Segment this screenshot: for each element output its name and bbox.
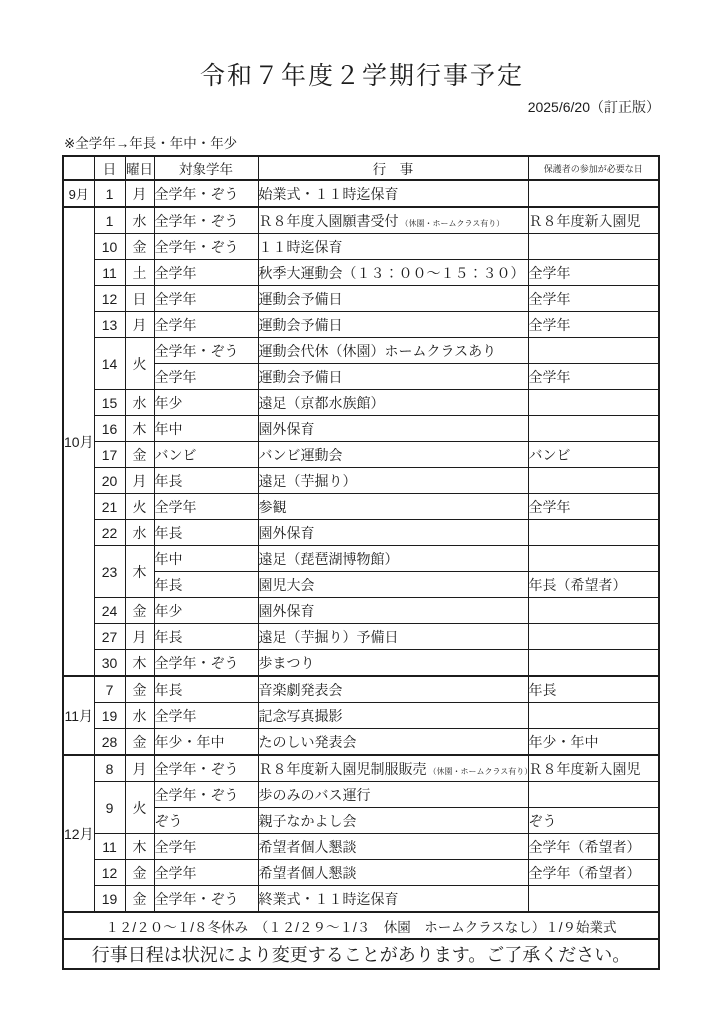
event-cell: 園児大会 (258, 572, 528, 598)
event-cell: たのしい発表会 (258, 729, 528, 756)
parent-participation-cell (528, 234, 659, 260)
event-cell: 歩まつり (258, 650, 528, 677)
event-text: 園児大会 (259, 577, 315, 593)
day-cell: 14 (94, 338, 125, 390)
grade-legend: ※全学年→年長・年中・年少 (64, 132, 724, 152)
grade-cell: 年長 (154, 468, 258, 494)
day-cell: 8 (94, 755, 125, 782)
event-note: （休園・ホームクラス有り） (429, 767, 529, 776)
event-cell: 希望者個人懇談 (258, 834, 528, 860)
table-row: 27月年長遠足（芋掘り）予備日 (63, 624, 659, 650)
parent-participation-cell (528, 390, 659, 416)
day-cell: 22 (94, 520, 125, 546)
event-cell: 遠足（芋掘り）予備日 (258, 624, 528, 650)
table-row: 12金全学年希望者個人懇談全学年（希望者） (63, 860, 659, 886)
grade-cell: 年長 (154, 520, 258, 546)
event-text: 遠足（琵琶湖博物館） (259, 551, 399, 567)
grade-cell: 全学年 (154, 364, 258, 390)
day-cell: 17 (94, 442, 125, 468)
event-cell: 歩のみのバス運行 (258, 782, 528, 808)
winter-break-row: １２/２０～１/８冬休み （１２/２９～１/３ 休園 ホームクラスなし）１/９始… (63, 912, 659, 939)
table-row: 22水年長園外保育 (63, 520, 659, 546)
grade-cell: 全学年・ぞう (154, 755, 258, 782)
day-cell: 28 (94, 729, 125, 756)
day-cell: 23 (94, 546, 125, 598)
parent-participation-cell: Ｒ８年度新入園児 (528, 755, 659, 782)
parent-participation-cell (528, 782, 659, 808)
weekday-cell: 水 (125, 703, 154, 729)
grade-cell: 年長 (154, 676, 258, 703)
event-text: 遠足（芋掘り） (259, 473, 357, 489)
event-cell: 終業式・１１時迄保育 (258, 886, 528, 913)
event-cell: 運動会予備日 (258, 364, 528, 390)
weekday-cell: 金 (125, 676, 154, 703)
notice-text: 行事日程は状況により変更することがあります。ご了承ください。 (63, 939, 659, 969)
parent-participation-cell (528, 598, 659, 624)
day-cell: 21 (94, 494, 125, 520)
weekday-cell: 月 (125, 624, 154, 650)
table-row: 10月1水全学年・ぞうＲ８年度入園願書受付（休園・ホームクラス有り）Ｒ８年度新入… (63, 207, 659, 234)
event-text: 歩のみのバス運行 (259, 787, 371, 803)
event-cell: 参観 (258, 494, 528, 520)
parent-participation-cell (528, 546, 659, 572)
event-cell: 遠足（琵琶湖博物館） (258, 546, 528, 572)
event-text: 園外保育 (259, 603, 315, 619)
grade-cell: 全学年 (154, 494, 258, 520)
parent-participation-cell: バンビ (528, 442, 659, 468)
event-cell: １１時迄保育 (258, 234, 528, 260)
event-cell: 親子なかよし会 (258, 808, 528, 834)
parent-participation-cell: ぞう (528, 808, 659, 834)
event-text: １１時迄保育 (259, 239, 343, 255)
grade-cell: 年中 (154, 546, 258, 572)
event-cell: 記念写真撮影 (258, 703, 528, 729)
event-text: 参観 (259, 499, 287, 515)
weekday-cell: 木 (125, 834, 154, 860)
day-cell: 11 (94, 834, 125, 860)
header-weekday: 曜日 (125, 156, 154, 180)
weekday-cell: 水 (125, 390, 154, 416)
table-row: 28金年少・年中たのしい発表会年少・年中 (63, 729, 659, 756)
event-cell: 希望者個人懇談 (258, 860, 528, 886)
table-row: 12月8月全学年・ぞうＲ８年度新入園児制服販売（休園・ホームクラス有り）Ｒ８年度… (63, 755, 659, 782)
parent-participation-cell (528, 416, 659, 442)
event-text: Ｒ８年度新入園児制服販売 (259, 761, 427, 777)
event-cell: 遠足（芋掘り） (258, 468, 528, 494)
parent-participation-cell (528, 338, 659, 364)
day-cell: 9 (94, 782, 125, 834)
parent-participation-cell: 全学年（希望者） (528, 834, 659, 860)
table-row: 20月年長遠足（芋掘り） (63, 468, 659, 494)
day-cell: 12 (94, 860, 125, 886)
grade-cell: 年少・年中 (154, 729, 258, 756)
grade-cell: 全学年・ぞう (154, 180, 258, 207)
schedule-table: 日 曜日 対象学年 行 事 保護者の参加が必要な日 9月1月全学年・ぞう始業式・… (62, 155, 660, 970)
table-row: 9月1月全学年・ぞう始業式・１１時迄保育 (63, 180, 659, 207)
weekday-cell: 土 (125, 260, 154, 286)
day-cell: 1 (94, 180, 125, 207)
parent-participation-cell: 全学年 (528, 364, 659, 390)
event-cell: 遠足（京都水族館） (258, 390, 528, 416)
weekday-cell: 金 (125, 860, 154, 886)
event-cell: 音楽劇発表会 (258, 676, 528, 703)
weekday-cell: 木 (125, 416, 154, 442)
weekday-cell: 水 (125, 520, 154, 546)
event-cell: 秋季大運動会（１３：００～１５：３０） (258, 260, 528, 286)
winter-break-text: １２/２０～１/８冬休み （１２/２９～１/３ 休園 ホームクラスなし）１/９始… (63, 912, 659, 939)
grade-cell: 年少 (154, 390, 258, 416)
parent-participation-cell (528, 886, 659, 913)
table-row: 11木全学年希望者個人懇談全学年（希望者） (63, 834, 659, 860)
header-grade: 対象学年 (154, 156, 258, 180)
parent-participation-cell: 全学年 (528, 312, 659, 338)
grade-cell: 年少 (154, 598, 258, 624)
table-row: 17金バンビバンビ運動会バンビ (63, 442, 659, 468)
event-text: 歩まつり (259, 655, 315, 671)
grade-cell: 全学年・ぞう (154, 338, 258, 364)
weekday-cell: 金 (125, 729, 154, 756)
parent-participation-cell: 全学年（希望者） (528, 860, 659, 886)
day-cell: 1 (94, 207, 125, 234)
weekday-cell: 金 (125, 598, 154, 624)
parent-participation-cell: 年少・年中 (528, 729, 659, 756)
document-page: 令和７年度２学期行事予定 2025/6/20（訂正版） ※全学年→年長・年中・年… (0, 0, 724, 1024)
table-row: 9火全学年・ぞう歩のみのバス運行 (63, 782, 659, 808)
weekday-cell: 日 (125, 286, 154, 312)
parent-participation-cell: 全学年 (528, 286, 659, 312)
event-cell: 運動会予備日 (258, 312, 528, 338)
event-text: 始業式・１１時迄保育 (259, 186, 399, 202)
event-text: たのしい発表会 (259, 734, 357, 750)
parent-participation-cell: 年長 (528, 676, 659, 703)
day-cell: 11 (94, 260, 125, 286)
header-day: 日 (94, 156, 125, 180)
day-cell: 10 (94, 234, 125, 260)
day-cell: 19 (94, 703, 125, 729)
day-cell: 30 (94, 650, 125, 677)
grade-cell: 年中 (154, 416, 258, 442)
weekday-cell: 火 (125, 782, 154, 834)
day-cell: 15 (94, 390, 125, 416)
table-row: 10金全学年・ぞう１１時迄保育 (63, 234, 659, 260)
parent-participation-cell: 年長（希望者） (528, 572, 659, 598)
header-month (63, 156, 94, 180)
table-row: 19金全学年・ぞう終業式・１１時迄保育 (63, 886, 659, 913)
day-cell: 19 (94, 886, 125, 913)
event-cell: 始業式・１１時迄保育 (258, 180, 528, 207)
day-cell: 7 (94, 676, 125, 703)
month-label: 12月 (63, 755, 94, 912)
header-parent: 保護者の参加が必要な日 (528, 156, 659, 180)
grade-cell: 全学年 (154, 860, 258, 886)
grade-cell: 全学年・ぞう (154, 886, 258, 913)
event-note: （休園・ホームクラス有り） (401, 219, 505, 228)
table-header-row: 日 曜日 対象学年 行 事 保護者の参加が必要な日 (63, 156, 659, 180)
weekday-cell: 火 (125, 494, 154, 520)
grade-cell: 全学年・ぞう (154, 234, 258, 260)
table-row: 13月全学年運動会予備日全学年 (63, 312, 659, 338)
event-cell: 園外保育 (258, 416, 528, 442)
table-row: 15水年少遠足（京都水族館） (63, 390, 659, 416)
weekday-cell: 金 (125, 442, 154, 468)
weekday-cell: 月 (125, 755, 154, 782)
day-cell: 20 (94, 468, 125, 494)
table-row: 23木年中遠足（琵琶湖博物館） (63, 546, 659, 572)
header-event: 行 事 (258, 156, 528, 180)
event-text: 運動会代休（休園）ホームクラスあり (259, 343, 497, 359)
weekday-cell: 月 (125, 468, 154, 494)
grade-cell: 全学年 (154, 286, 258, 312)
event-text: 秋季大運動会（１３：００～１５：３０） (259, 265, 525, 281)
grade-cell: 年長 (154, 572, 258, 598)
table-row: 16木年中園外保育 (63, 416, 659, 442)
event-cell: 運動会代休（休園）ホームクラスあり (258, 338, 528, 364)
table-row: 24金年少園外保育 (63, 598, 659, 624)
parent-participation-cell (528, 180, 659, 207)
table-row: 11土全学年秋季大運動会（１３：００～１５：３０）全学年 (63, 260, 659, 286)
table-row: 12日全学年運動会予備日全学年 (63, 286, 659, 312)
month-label: 11月 (63, 676, 94, 755)
event-text: 音楽劇発表会 (259, 682, 343, 698)
day-cell: 16 (94, 416, 125, 442)
event-text: 運動会予備日 (259, 317, 343, 333)
weekday-cell: 月 (125, 312, 154, 338)
table-row: 14火全学年・ぞう運動会代休（休園）ホームクラスあり (63, 338, 659, 364)
day-cell: 13 (94, 312, 125, 338)
parent-participation-cell (528, 703, 659, 729)
weekday-cell: 月 (125, 180, 154, 207)
event-text: バンビ運動会 (259, 447, 343, 463)
event-text: 親子なかよし会 (259, 813, 357, 829)
event-text: 園外保育 (259, 525, 315, 541)
grade-cell: 全学年 (154, 703, 258, 729)
grade-cell: 全学年 (154, 312, 258, 338)
event-text: 運動会予備日 (259, 291, 343, 307)
revision-date: 2025/6/20（訂正版） (0, 97, 724, 117)
grade-cell: 全学年 (154, 834, 258, 860)
parent-participation-cell (528, 650, 659, 677)
weekday-cell: 金 (125, 886, 154, 913)
event-text: Ｒ８年度入園願書受付 (259, 213, 399, 229)
event-text: 記念写真撮影 (259, 708, 343, 724)
grade-cell: バンビ (154, 442, 258, 468)
event-text: 遠足（芋掘り）予備日 (259, 629, 399, 645)
month-label: 10月 (63, 207, 94, 676)
event-text: 園外保育 (259, 421, 315, 437)
grade-cell: ぞう (154, 808, 258, 834)
grade-cell: 全学年・ぞう (154, 782, 258, 808)
weekday-cell: 金 (125, 234, 154, 260)
event-text: 希望者個人懇談 (259, 839, 357, 855)
event-cell: Ｒ８年度入園願書受付（休園・ホームクラス有り） (258, 207, 528, 234)
grade-cell: 全学年・ぞう (154, 207, 258, 234)
event-text: 遠足（京都水族館） (259, 395, 385, 411)
parent-participation-cell: 全学年 (528, 494, 659, 520)
page-title: 令和７年度２学期行事予定 (0, 0, 724, 92)
event-text: 運動会予備日 (259, 369, 343, 385)
month-label: 9月 (63, 180, 94, 207)
table-row: 30木全学年・ぞう歩まつり (63, 650, 659, 677)
event-cell: 運動会予備日 (258, 286, 528, 312)
table-row: 19水全学年記念写真撮影 (63, 703, 659, 729)
day-cell: 27 (94, 624, 125, 650)
weekday-cell: 水 (125, 207, 154, 234)
event-text: 終業式・１１時迄保育 (259, 891, 399, 907)
day-cell: 24 (94, 598, 125, 624)
event-cell: 園外保育 (258, 520, 528, 546)
parent-participation-cell (528, 624, 659, 650)
parent-participation-cell: 全学年 (528, 260, 659, 286)
table-row: 11月7金年長音楽劇発表会年長 (63, 676, 659, 703)
event-cell: 園外保育 (258, 598, 528, 624)
event-cell: バンビ運動会 (258, 442, 528, 468)
grade-cell: 全学年 (154, 260, 258, 286)
weekday-cell: 木 (125, 650, 154, 677)
table-row: 21火全学年参観全学年 (63, 494, 659, 520)
parent-participation-cell: Ｒ８年度新入園児 (528, 207, 659, 234)
grade-cell: 年長 (154, 624, 258, 650)
day-cell: 12 (94, 286, 125, 312)
event-text: 希望者個人懇談 (259, 865, 357, 881)
grade-cell: 全学年・ぞう (154, 650, 258, 677)
event-cell: Ｒ８年度新入園児制服販売（休園・ホームクラス有り） (258, 755, 528, 782)
notice-row: 行事日程は状況により変更することがあります。ご了承ください。 (63, 939, 659, 969)
parent-participation-cell (528, 520, 659, 546)
weekday-cell: 木 (125, 546, 154, 598)
parent-participation-cell (528, 468, 659, 494)
weekday-cell: 火 (125, 338, 154, 390)
